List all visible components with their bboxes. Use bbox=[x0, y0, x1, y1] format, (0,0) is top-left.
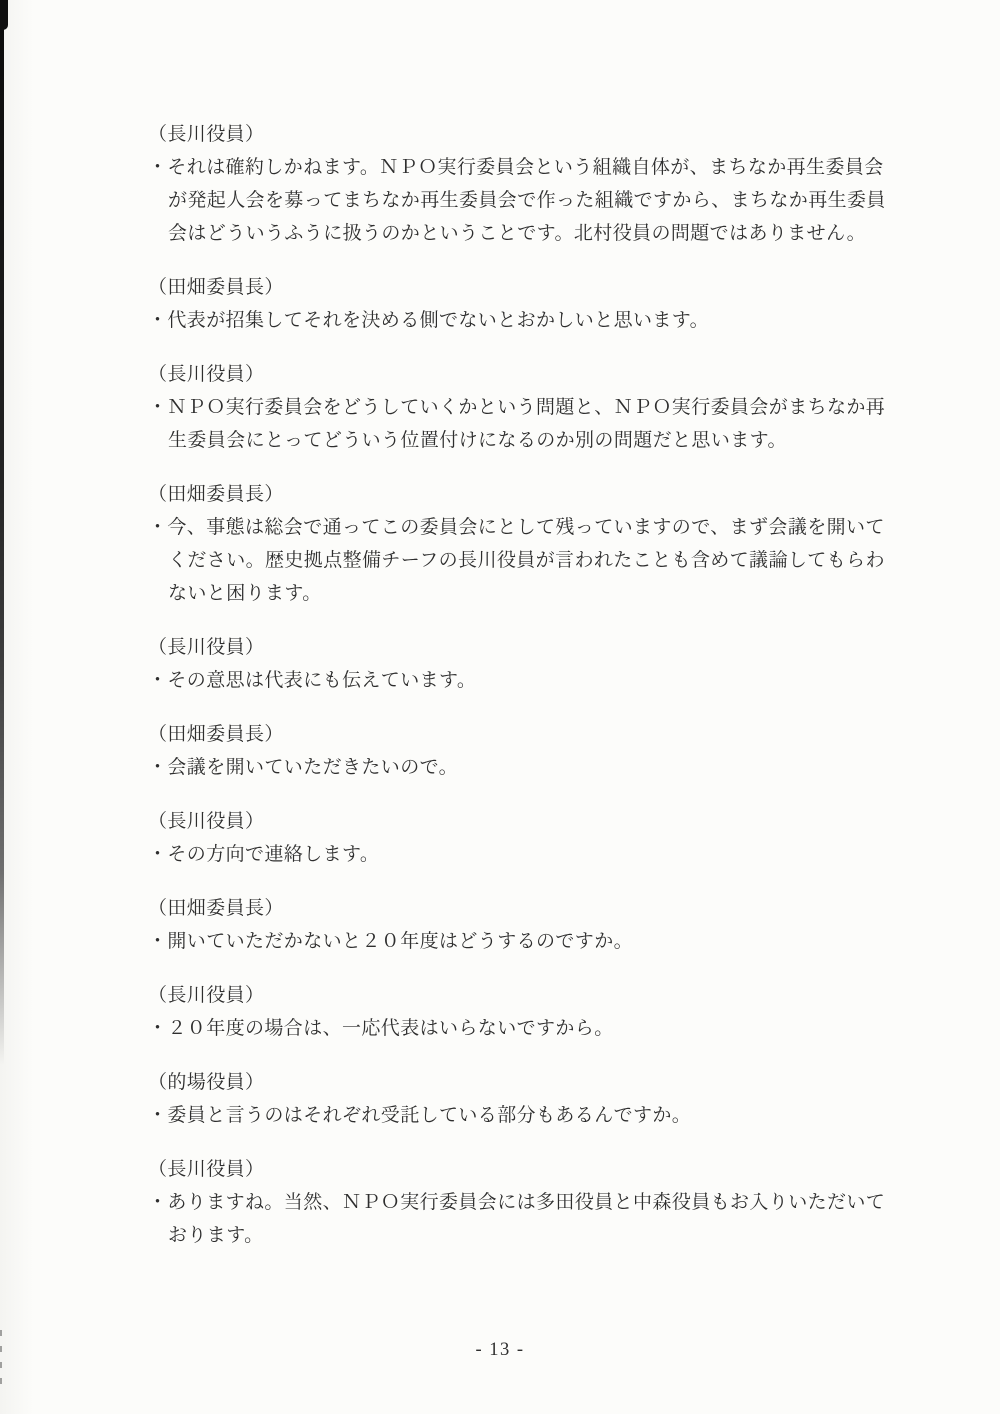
dialogue-line: 会はどういうふうに扱うのかということです。北村役員の問題ではありません。 bbox=[148, 217, 928, 250]
speaker-label: （長川役員） bbox=[148, 118, 928, 151]
dialogue-line: ないと困ります。 bbox=[148, 577, 928, 610]
dialogue-block: （長川役員） ・それは確約しかねます。ＮＰＯ実行委員会という組織自体が、まちなか… bbox=[148, 118, 928, 250]
dialogue-line: ・２０年度の場合は、一応代表はいらないですから。 bbox=[148, 1012, 928, 1045]
speaker-label: （田畑委員長） bbox=[148, 892, 928, 925]
speaker-label: （田畑委員長） bbox=[148, 478, 928, 511]
dialogue-line: ・それは確約しかねます。ＮＰＯ実行委員会という組織自体が、まちなか再生委員会 bbox=[148, 151, 928, 184]
minutes-body: （長川役員） ・それは確約しかねます。ＮＰＯ実行委員会という組織自体が、まちなか… bbox=[148, 118, 928, 1273]
dialogue-block: （田畑委員長） ・開いていただかないと２０年度はどうするのですか。 bbox=[148, 892, 928, 958]
dialogue-line: ください。歴史拠点整備チーフの長川役員が言われたことも含めて議論してもらわ bbox=[148, 544, 928, 577]
dialogue-block: （長川役員） ・ありますね。当然、ＮＰＯ実行委員会には多田役員と中森役員もお入り… bbox=[148, 1153, 928, 1252]
speaker-label: （長川役員） bbox=[148, 1153, 928, 1186]
dialogue-block: （田畑委員長） ・会議を開いていただきたいので。 bbox=[148, 718, 928, 784]
dialogue-block: （田畑委員長） ・代表が招集してそれを決める側でないとおかしいと思います。 bbox=[148, 271, 928, 337]
speaker-label: （田畑委員長） bbox=[148, 271, 928, 304]
speaker-label: （長川役員） bbox=[148, 358, 928, 391]
dialogue-line: ・代表が招集してそれを決める側でないとおかしいと思います。 bbox=[148, 304, 928, 337]
speaker-label: （的場役員） bbox=[148, 1066, 928, 1099]
dialogue-block: （的場役員） ・委員と言うのはそれぞれ受託している部分もあるんですか。 bbox=[148, 1066, 928, 1132]
dialogue-block: （長川役員） ・ＮＰＯ実行委員会をどうしていくかという問題と、ＮＰＯ実行委員会が… bbox=[148, 358, 928, 457]
dialogue-line: ・その意思は代表にも伝えています。 bbox=[148, 664, 928, 697]
dialogue-line: おります。 bbox=[148, 1219, 928, 1252]
scan-corner-artifact bbox=[0, 0, 8, 30]
page-number: - 13 - bbox=[0, 1340, 1000, 1361]
speaker-label: （長川役員） bbox=[148, 979, 928, 1012]
dialogue-line: が発起人会を募ってまちなか再生委員会で作った組織ですから、まちなか再生委員 bbox=[148, 184, 928, 217]
speaker-label: （長川役員） bbox=[148, 805, 928, 838]
dialogue-block: （田畑委員長） ・今、事態は総会で通ってこの委員会にとして残っていますので、まず… bbox=[148, 478, 928, 610]
dialogue-line: ・今、事態は総会で通ってこの委員会にとして残っていますので、まず会議を開いて bbox=[148, 511, 928, 544]
scanned-minutes-page: （長川役員） ・それは確約しかねます。ＮＰＯ実行委員会という組織自体が、まちなか… bbox=[0, 0, 1000, 1414]
dialogue-block: （長川役員） ・その意思は代表にも伝えています。 bbox=[148, 631, 928, 697]
dialogue-block: （長川役員） ・その方向で連絡します。 bbox=[148, 805, 928, 871]
dialogue-line: ・その方向で連絡します。 bbox=[148, 838, 928, 871]
scan-edge-artifact bbox=[0, 0, 4, 1065]
speaker-label: （長川役員） bbox=[148, 631, 928, 664]
dialogue-line: ・ＮＰＯ実行委員会をどうしていくかという問題と、ＮＰＯ実行委員会がまちなか再 bbox=[148, 391, 928, 424]
dialogue-line: ・ありますね。当然、ＮＰＯ実行委員会には多田役員と中森役員もお入りいただいて bbox=[148, 1186, 928, 1219]
dialogue-block: （長川役員） ・２０年度の場合は、一応代表はいらないですから。 bbox=[148, 979, 928, 1045]
dialogue-line: ・開いていただかないと２０年度はどうするのですか。 bbox=[148, 925, 928, 958]
speaker-label: （田畑委員長） bbox=[148, 718, 928, 751]
dialogue-line: ・委員と言うのはそれぞれ受託している部分もあるんですか。 bbox=[148, 1099, 928, 1132]
dialogue-line: ・会議を開いていただきたいので。 bbox=[148, 751, 928, 784]
dialogue-line: 生委員会にとってどういう位置付けになるのか別の問題だと思います。 bbox=[148, 424, 928, 457]
